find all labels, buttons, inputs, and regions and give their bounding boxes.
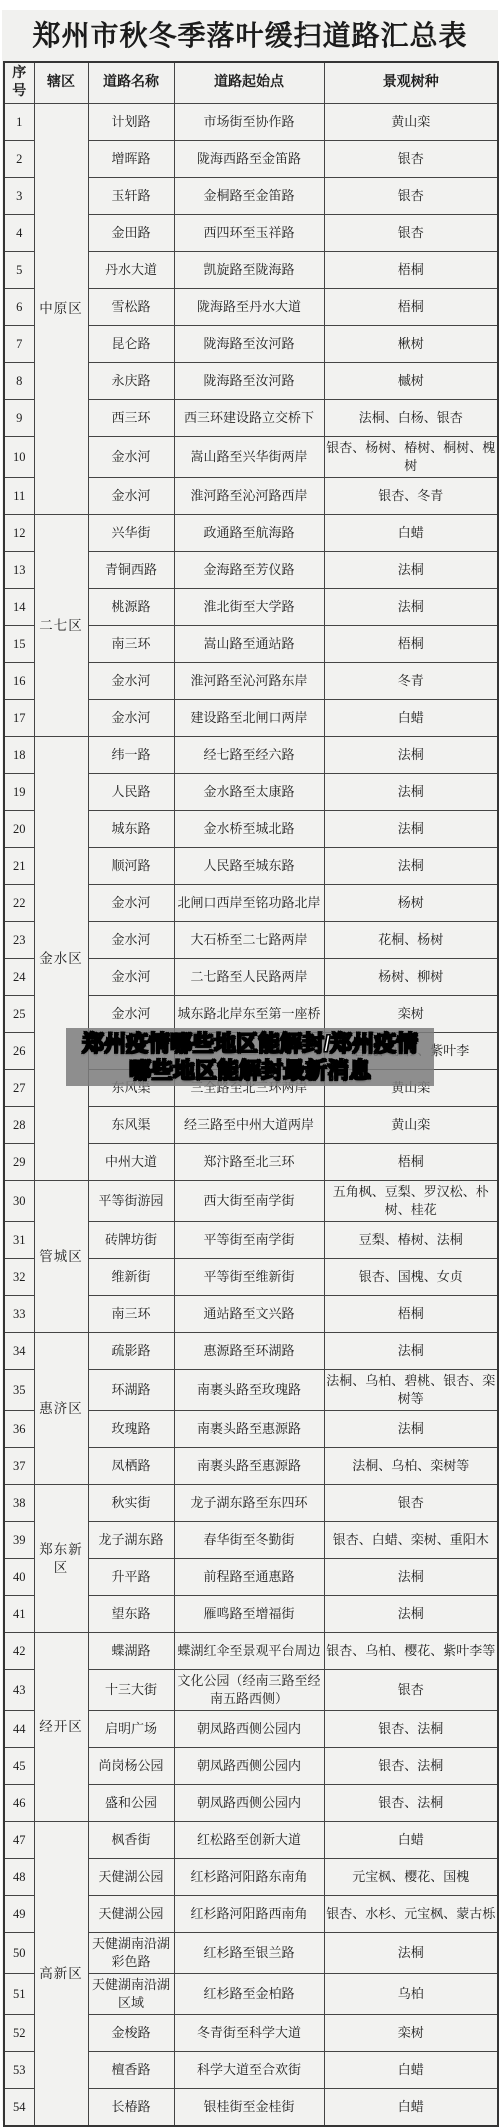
road-name-cell: 枫香街: [88, 1822, 174, 1859]
serial-cell: 30: [4, 1181, 34, 1222]
col-header-trees: 景观树种: [324, 62, 498, 104]
serial-cell: 35: [4, 1370, 34, 1411]
trees-cell: 梧桐: [324, 626, 498, 663]
road-start-cell: 淮河路至沁河路东岸: [174, 663, 324, 700]
serial-cell: 54: [4, 2089, 34, 2127]
road-name-cell: 兴华街: [88, 515, 174, 552]
road-start-cell: 西三环建设路立交桥下: [174, 400, 324, 437]
serial-cell: 37: [4, 1448, 34, 1485]
road-name-cell: 顺河路: [88, 848, 174, 885]
trees-cell: 银杏: [324, 215, 498, 252]
road-start-cell: 城东路北岸东至第一座桥: [174, 996, 324, 1033]
road-start-cell: 红松路至创新大道: [174, 1822, 324, 1859]
district-cell: 中原区: [34, 104, 88, 515]
road-name-cell: 十三大街: [88, 1670, 174, 1711]
road-name-cell: 天健湖公园: [88, 1896, 174, 1933]
trees-cell: 银杏、法桐: [324, 1711, 498, 1748]
road-name-cell: 砖牌坊街: [88, 1222, 174, 1259]
trees-cell: 银杏、冬青: [324, 478, 498, 515]
road-name-cell: 环湖路: [88, 1370, 174, 1411]
trees-cell: 黄山栾: [324, 1107, 498, 1144]
serial-cell: 19: [4, 774, 34, 811]
road-start-cell: 金海路至芳仪路: [174, 552, 324, 589]
col-header-serial: 序号: [4, 62, 34, 104]
serial-cell: 6: [4, 289, 34, 326]
serial-cell: 13: [4, 552, 34, 589]
road-name-cell: 启明广场: [88, 1711, 174, 1748]
serial-cell: 23: [4, 922, 34, 959]
roads-table: 序号 辖区 道路名称 道路起始点 景观树种 1中原区计划路市场街至协作路黄山栾2…: [3, 61, 499, 2127]
trees-cell: 白蜡: [324, 2052, 498, 2089]
road-name-cell: 天健湖公园: [88, 1859, 174, 1896]
district-cell: 经开区: [34, 1633, 88, 1822]
trees-cell: 法桐、乌柏、栾树等: [324, 1448, 498, 1485]
trees-cell: 楸树: [324, 326, 498, 363]
trees-cell: 黄山栾: [324, 104, 498, 141]
road-name-cell: 金水河: [88, 478, 174, 515]
trees-cell: 银杏、白蜡、栾树、重阳木: [324, 1522, 498, 1559]
road-name-cell: 维新街: [88, 1259, 174, 1296]
road-name-cell: 西三环: [88, 400, 174, 437]
trees-cell: 银杏、法桐: [324, 1748, 498, 1785]
serial-cell: 28: [4, 1107, 34, 1144]
road-start-cell: 西四环至玉祥路: [174, 215, 324, 252]
road-name-cell: 秋实街: [88, 1485, 174, 1522]
trees-cell: 银杏: [324, 1485, 498, 1522]
road-name-cell: 南三环: [88, 626, 174, 663]
district-cell: 高新区: [34, 1822, 88, 2127]
trees-cell: 银杏、水杉、元宝枫、蒙古栎: [324, 1896, 498, 1933]
road-start-cell: 人民路至城东路: [174, 848, 324, 885]
trees-cell: 豆梨、椿树、法桐: [324, 1222, 498, 1259]
serial-cell: 32: [4, 1259, 34, 1296]
road-start-cell: 朝凤路西侧公园内: [174, 1785, 324, 1822]
road-name-cell: 金梭路: [88, 2015, 174, 2052]
road-start-cell: 市场街至协作路: [174, 104, 324, 141]
serial-cell: 26: [4, 1033, 34, 1070]
serial-cell: 21: [4, 848, 34, 885]
road-start-cell: 南裹头路至玫瑰路: [174, 1370, 324, 1411]
road-start-cell: 陇海路至汝河路: [174, 363, 324, 400]
serial-cell: 7: [4, 326, 34, 363]
serial-cell: 39: [4, 1522, 34, 1559]
trees-cell: 银杏、国槐、女贞: [324, 1259, 498, 1296]
serial-cell: 52: [4, 2015, 34, 2052]
trees-cell: 花桐、杨树: [324, 922, 498, 959]
col-header-road: 道路名称: [88, 62, 174, 104]
trees-cell: 法桐: [324, 1596, 498, 1633]
road-name-cell: 檀香路: [88, 2052, 174, 2089]
trees-cell: 法桐、乌柏、碧桃、银杏、栾树等: [324, 1370, 498, 1411]
trees-cell: 杨树、柳树: [324, 959, 498, 996]
serial-cell: 40: [4, 1559, 34, 1596]
trees-cell: 法桐: [324, 811, 498, 848]
table-row: 18金水区纬一路经七路至经六路法桐: [4, 737, 498, 774]
serial-cell: 8: [4, 363, 34, 400]
trees-cell: 梧桐: [324, 1296, 498, 1333]
district-cell: 金水区: [34, 737, 88, 1181]
table-row: 34惠济区疏影路惠源路至环湖路法桐: [4, 1333, 498, 1370]
district-cell: 管城区: [34, 1181, 88, 1333]
road-name-cell: 纬一路: [88, 737, 174, 774]
road-start-cell: 红杉路至金柏路: [174, 1974, 324, 2015]
road-name-cell: 凤栖路: [88, 1448, 174, 1485]
serial-cell: 36: [4, 1411, 34, 1448]
road-start-cell: 嵩山路至兴华街两岸: [174, 437, 324, 478]
serial-cell: 44: [4, 1711, 34, 1748]
road-name-cell: 雪松路: [88, 289, 174, 326]
road-start-cell: 平等街至南学街: [174, 1222, 324, 1259]
trees-cell: 法桐、白杨、银杏: [324, 400, 498, 437]
serial-cell: 16: [4, 663, 34, 700]
serial-cell: 24: [4, 959, 34, 996]
road-start-cell: 政通路至航海路: [174, 515, 324, 552]
trees-cell: 梧桐: [324, 289, 498, 326]
road-name-cell: 增晖路: [88, 141, 174, 178]
serial-cell: 1: [4, 104, 34, 141]
road-name-cell: 永庆路: [88, 363, 174, 400]
road-start-cell: 淮北街至大学路: [174, 589, 324, 626]
road-start-cell: 春华街至冬勤街: [174, 1522, 324, 1559]
road-name-cell: 疏影路: [88, 1333, 174, 1370]
road-start-cell: 通站路至文兴路: [174, 1296, 324, 1333]
table-row: 12二七区兴华街政通路至航海路白蜡: [4, 515, 498, 552]
serial-cell: 11: [4, 478, 34, 515]
road-name-cell: 计划路: [88, 104, 174, 141]
road-name-cell: 天健湖南沿湖区域: [88, 1974, 174, 2015]
road-start-cell: 嵩山路至通站路: [174, 626, 324, 663]
road-start-cell: 凯旋路至陇海路: [174, 252, 324, 289]
serial-cell: 45: [4, 1748, 34, 1785]
serial-cell: 51: [4, 1974, 34, 2015]
serial-cell: 2: [4, 141, 34, 178]
road-name-cell: 东风渠: [88, 1107, 174, 1144]
serial-cell: 48: [4, 1859, 34, 1896]
road-name-cell: 蝶湖路: [88, 1633, 174, 1670]
road-start-cell: 金水桥至城北路: [174, 811, 324, 848]
serial-cell: 22: [4, 885, 34, 922]
road-start-cell: 金水路至太康路: [174, 774, 324, 811]
table-body: 1中原区计划路市场街至协作路黄山栾2增晖路陇海西路至金笛路银杏3玉轩路金桐路至金…: [4, 104, 498, 2127]
road-start-cell: 西大街至南学街: [174, 1181, 324, 1222]
road-start-cell: 陇海路至汝河路: [174, 326, 324, 363]
serial-cell: 15: [4, 626, 34, 663]
trees-cell: 白蜡: [324, 2089, 498, 2127]
road-name-cell: 金水河: [88, 663, 174, 700]
trees-cell: 法桐: [324, 589, 498, 626]
road-start-cell: 北闸口西岸至铭功路北岸: [174, 885, 324, 922]
watermark-line-1: 郑州疫情哪些地区能解封/郑州疫情: [82, 1030, 418, 1057]
road-name-cell: 盛和公园: [88, 1785, 174, 1822]
serial-cell: 29: [4, 1144, 34, 1181]
page-title: 郑州市秋冬季落叶缓扫道路汇总表: [2, 10, 498, 61]
serial-cell: 49: [4, 1896, 34, 1933]
road-start-cell: 南裹头路至惠源路: [174, 1448, 324, 1485]
road-start-cell: 红杉路河阳路东南角: [174, 1859, 324, 1896]
road-start-cell: 前程路至通惠路: [174, 1559, 324, 1596]
road-start-cell: 朝凤路西侧公园内: [174, 1711, 324, 1748]
district-cell: 惠济区: [34, 1333, 88, 1485]
watermark-line-2: 哪些地区能解封最新消息: [129, 1057, 371, 1084]
road-name-cell: 龙子湖东路: [88, 1522, 174, 1559]
road-name-cell: 青铜西路: [88, 552, 174, 589]
road-name-cell: 玫瑰路: [88, 1411, 174, 1448]
road-start-cell: 二七路至人民路两岸: [174, 959, 324, 996]
trees-cell: 栾树: [324, 996, 498, 1033]
trees-cell: 元宝枫、樱花、国槐: [324, 1859, 498, 1896]
serial-cell: 27: [4, 1070, 34, 1107]
serial-cell: 50: [4, 1933, 34, 1974]
road-name-cell: 长椿路: [88, 2089, 174, 2127]
serial-cell: 53: [4, 2052, 34, 2089]
col-header-district: 辖区: [34, 62, 88, 104]
serial-cell: 38: [4, 1485, 34, 1522]
road-start-cell: 冬青街至科学大道: [174, 2015, 324, 2052]
serial-cell: 3: [4, 178, 34, 215]
trees-cell: 法桐: [324, 1559, 498, 1596]
road-start-cell: 陇海路至丹水大道: [174, 289, 324, 326]
serial-cell: 18: [4, 737, 34, 774]
road-start-cell: 雁鸣路至增福街: [174, 1596, 324, 1633]
serial-cell: 12: [4, 515, 34, 552]
road-name-cell: 桃源路: [88, 589, 174, 626]
serial-cell: 25: [4, 996, 34, 1033]
trees-cell: 槭树: [324, 363, 498, 400]
table-header: 序号 辖区 道路名称 道路起始点 景观树种: [4, 62, 498, 104]
road-start-cell: 陇海西路至金笛路: [174, 141, 324, 178]
serial-cell: 47: [4, 1822, 34, 1859]
header-row: 序号 辖区 道路名称 道路起始点 景观树种: [4, 62, 498, 104]
road-name-cell: 升平路: [88, 1559, 174, 1596]
road-start-cell: 经七路至经六路: [174, 737, 324, 774]
road-start-cell: 郑汴路至北三环: [174, 1144, 324, 1181]
serial-cell: 5: [4, 252, 34, 289]
serial-cell: 42: [4, 1633, 34, 1670]
road-start-cell: 银桂街至金桂街: [174, 2089, 324, 2127]
serial-cell: 34: [4, 1333, 34, 1370]
trees-cell: 法桐: [324, 1933, 498, 1974]
road-name-cell: 玉轩路: [88, 178, 174, 215]
trees-cell: 梧桐: [324, 1144, 498, 1181]
road-name-cell: 南三环: [88, 1296, 174, 1333]
trees-cell: 银杏: [324, 141, 498, 178]
road-name-cell: 金水河: [88, 959, 174, 996]
serial-cell: 9: [4, 400, 34, 437]
road-name-cell: 金水河: [88, 437, 174, 478]
serial-cell: 41: [4, 1596, 34, 1633]
road-name-cell: 昆仑路: [88, 326, 174, 363]
table-row: 30管城区平等街游园西大街至南学街五角枫、豆梨、罗汉松、朴树、桂花: [4, 1181, 498, 1222]
trees-cell: 白蜡: [324, 700, 498, 737]
serial-cell: 10: [4, 437, 34, 478]
trees-cell: 冬青: [324, 663, 498, 700]
trees-cell: 栾树: [324, 2015, 498, 2052]
road-name-cell: 城东路: [88, 811, 174, 848]
road-name-cell: 金水河: [88, 885, 174, 922]
trees-cell: 法桐: [324, 552, 498, 589]
road-start-cell: 红杉路河阳路西南角: [174, 1896, 324, 1933]
trees-cell: 法桐: [324, 737, 498, 774]
trees-cell: 法桐: [324, 774, 498, 811]
road-start-cell: 惠源路至环湖路: [174, 1333, 324, 1370]
road-name-cell: 尚岗杨公园: [88, 1748, 174, 1785]
trees-cell: 五角枫、豆梨、罗汉松、朴树、桂花: [324, 1181, 498, 1222]
trees-cell: 银杏: [324, 178, 498, 215]
table-row: 38郑东新区秋实街龙子湖东路至东四环银杏: [4, 1485, 498, 1522]
table-row: 1中原区计划路市场街至协作路黄山栾: [4, 104, 498, 141]
road-name-cell: 金水河: [88, 922, 174, 959]
road-name-cell: 金水河: [88, 996, 174, 1033]
district-cell: 郑东新区: [34, 1485, 88, 1633]
trees-cell: 法桐: [324, 1411, 498, 1448]
road-name-cell: 金田路: [88, 215, 174, 252]
road-start-cell: 朝凤路西侧公园内: [174, 1748, 324, 1785]
road-start-cell: 南裹头路至惠源路: [174, 1411, 324, 1448]
serial-cell: 46: [4, 1785, 34, 1822]
trees-cell: 银杏、杨树、椿树、桐树、槐树: [324, 437, 498, 478]
trees-cell: 白蜡: [324, 515, 498, 552]
road-name-cell: 人民路: [88, 774, 174, 811]
serial-cell: 43: [4, 1670, 34, 1711]
road-start-cell: 蝶湖红伞至景观平台周边: [174, 1633, 324, 1670]
serial-cell: 4: [4, 215, 34, 252]
road-start-cell: 金桐路至金笛路: [174, 178, 324, 215]
trees-cell: 法桐: [324, 1333, 498, 1370]
road-name-cell: 丹水大道: [88, 252, 174, 289]
serial-cell: 20: [4, 811, 34, 848]
watermark-overlay: 郑州疫情哪些地区能解封/郑州疫情 哪些地区能解封最新消息: [66, 1028, 434, 1086]
col-header-start: 道路起始点: [174, 62, 324, 104]
trees-cell: 白蜡: [324, 1822, 498, 1859]
road-start-cell: 建设路至北闸口两岸: [174, 700, 324, 737]
serial-cell: 33: [4, 1296, 34, 1333]
trees-cell: 乌柏: [324, 1974, 498, 2015]
table-row: 42经开区蝶湖路蝶湖红伞至景观平台周边银杏、乌柏、樱花、紫叶李等: [4, 1633, 498, 1670]
road-start-cell: 龙子湖东路至东四环: [174, 1485, 324, 1522]
road-name-cell: 平等街游园: [88, 1181, 174, 1222]
road-start-cell: 经三路至中州大道两岸: [174, 1107, 324, 1144]
table-row: 47高新区枫香街红松路至创新大道白蜡: [4, 1822, 498, 1859]
trees-cell: 法桐: [324, 848, 498, 885]
road-start-cell: 科学大道至合欢街: [174, 2052, 324, 2089]
serial-cell: 17: [4, 700, 34, 737]
road-name-cell: 天健湖南沿湖彩色路: [88, 1933, 174, 1974]
road-name-cell: 金水河: [88, 700, 174, 737]
trees-cell: 梧桐: [324, 252, 498, 289]
road-start-cell: 红杉路至银兰路: [174, 1933, 324, 1974]
trees-cell: 杨树: [324, 885, 498, 922]
district-cell: 二七区: [34, 515, 88, 737]
serial-cell: 31: [4, 1222, 34, 1259]
serial-cell: 14: [4, 589, 34, 626]
road-start-cell: 大石桥至二七路两岸: [174, 922, 324, 959]
road-name-cell: 中州大道: [88, 1144, 174, 1181]
trees-cell: 银杏: [324, 1670, 498, 1711]
trees-cell: 银杏、乌柏、樱花、紫叶李等: [324, 1633, 498, 1670]
road-start-cell: 淮河路至沁河路西岸: [174, 478, 324, 515]
trees-cell: 银杏、法桐: [324, 1785, 498, 1822]
road-start-cell: 平等街至维新街: [174, 1259, 324, 1296]
road-start-cell: 文化公园（经南三路至经南五路西侧）: [174, 1670, 324, 1711]
road-name-cell: 望东路: [88, 1596, 174, 1633]
